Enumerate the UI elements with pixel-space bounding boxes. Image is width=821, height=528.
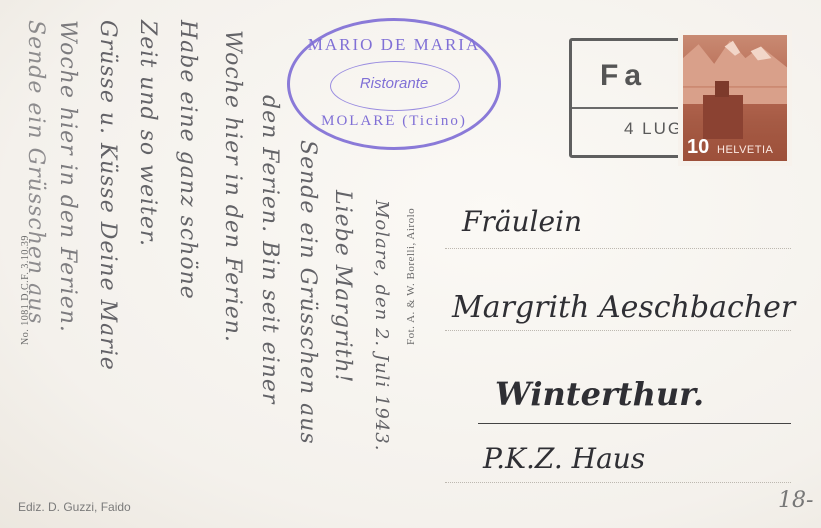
message-line: Woche hier in den Ferien.	[220, 30, 245, 343]
address-salutation: Fräulein	[462, 205, 582, 238]
stamp-value: 10	[687, 136, 709, 159]
corner-note: 18-	[778, 488, 813, 513]
mountain-icon	[683, 35, 787, 104]
message-line: Grüsse u. Küsse Deine Marie	[95, 20, 120, 371]
address-line-rule	[445, 482, 791, 483]
message-line: Habe eine ganz schöne	[175, 20, 200, 300]
message-date: Molare, den 2. Juli 1943.	[371, 200, 392, 451]
castle-icon	[703, 95, 743, 139]
stamp-artwork: 10 HELVETIA	[683, 35, 787, 161]
stamp-country: HELVETIA	[717, 144, 773, 156]
message-line: Sende ein Grüsschen aus	[295, 140, 320, 445]
restaurant-name: MARIO DE MARIA	[304, 35, 484, 55]
restaurant-label: Ristorante	[330, 75, 458, 92]
message-line: Zeit und so weiter.	[135, 20, 160, 247]
address-name: Margrith Aeschbacher	[452, 290, 795, 325]
message-greeting: Liebe Margrith!	[330, 190, 355, 383]
postcard: Molare, den 2. Juli 1943. Liebe Margrith…	[0, 0, 821, 528]
address-line-rule	[445, 330, 791, 331]
address-building: P.K.Z. Haus	[483, 442, 645, 475]
photographer-credit: Fot. A. & W. Borelli, Airolo	[405, 208, 417, 345]
message-line: Woche hier in den Ferien.	[55, 20, 80, 333]
serial-number: No. 1081 D.C.F. 3.10.39	[20, 235, 31, 345]
address-line-rule	[445, 248, 791, 249]
restaurant-location: MOLARE (Ticino)	[304, 113, 484, 130]
postmark-date: 4 LUG	[624, 119, 683, 139]
postage-stamp: 10 HELVETIA	[678, 30, 792, 166]
address-line-rule	[478, 423, 791, 424]
publisher-credit: Ediz. D. Guzzi, Faido	[18, 500, 131, 514]
restaurant-stamp: MARIO DE MARIA Ristorante MOLARE (Ticino…	[287, 18, 501, 150]
address-city: Winterthur.	[495, 375, 704, 413]
message-line: den Ferien. Bin seit einer	[257, 95, 282, 404]
postmark-town: Fa	[600, 59, 647, 93]
